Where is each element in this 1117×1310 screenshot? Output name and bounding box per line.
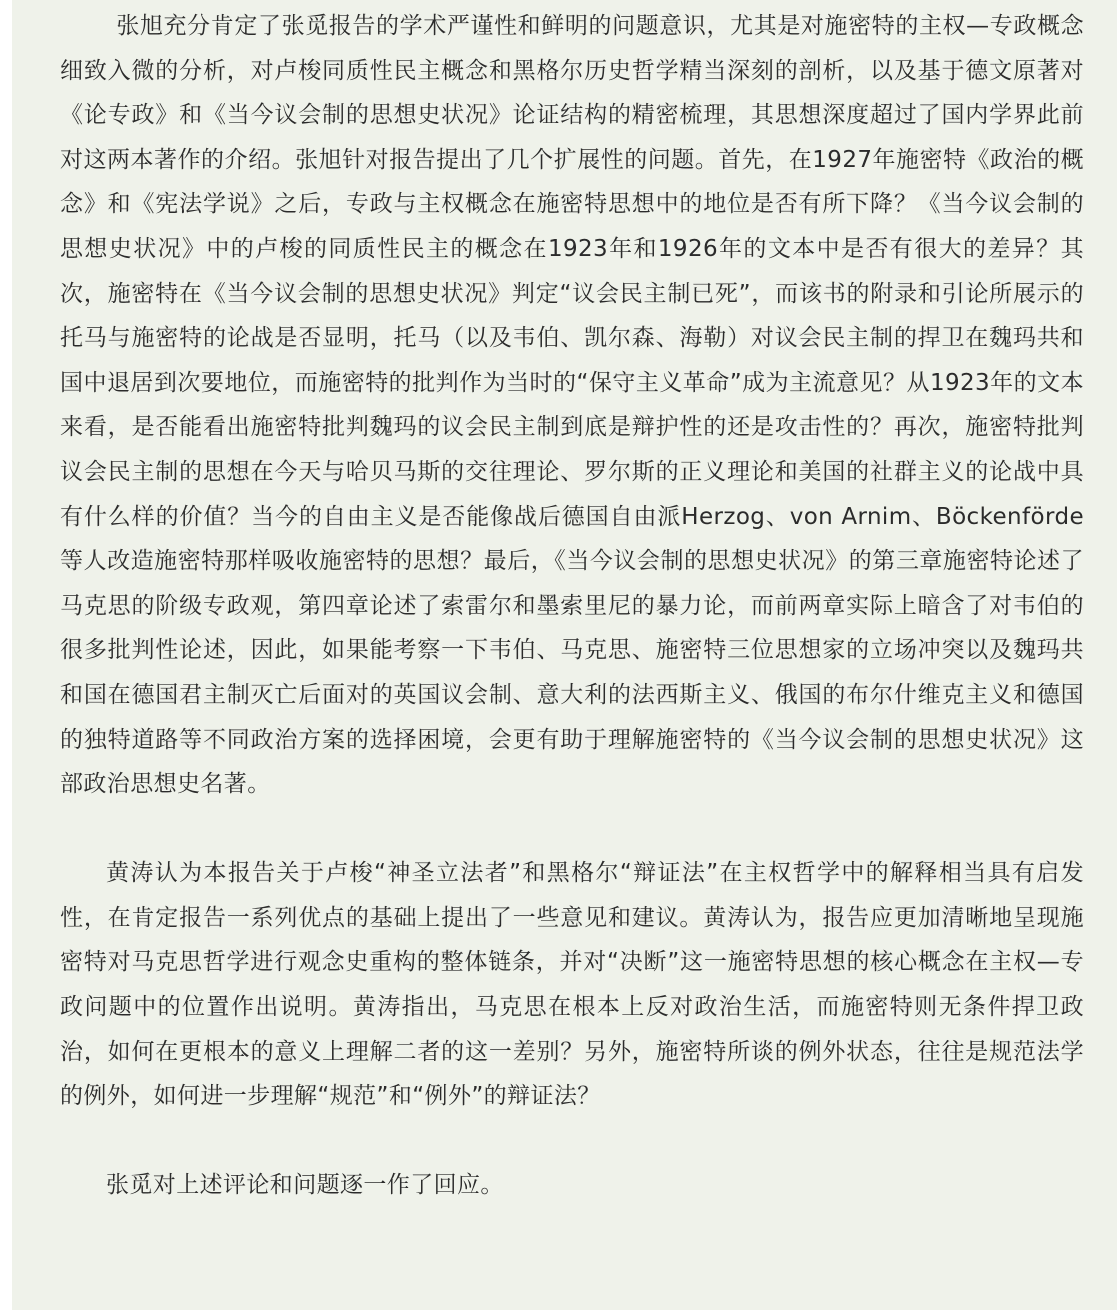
paragraph-spacer xyxy=(60,807,1084,852)
paragraph-spacer xyxy=(60,1119,1084,1164)
article-page: 张旭充分肯定了张觅报告的学术严谨性和鲜明的问题意识，尤其是对施密特的主权—专政概… xyxy=(12,0,1117,1310)
paragraph-huang-tao-comments: 黄涛认为本报告关于卢梭“神圣立法者”和黑格尔“辩证法”在主权哲学中的解释相当具有… xyxy=(60,851,1084,1119)
paragraph-zhang-xu-comments: 张旭充分肯定了张觅报告的学术严谨性和鲜明的问题意识，尤其是对施密特的主权—专政概… xyxy=(60,4,1084,807)
article-body: 张旭充分肯定了张觅报告的学术严谨性和鲜明的问题意识，尤其是对施密特的主权—专政概… xyxy=(60,4,1084,1208)
paragraph-zhang-mi-response: 张觅对上述评论和问题逐一作了回应。 xyxy=(60,1163,1084,1208)
